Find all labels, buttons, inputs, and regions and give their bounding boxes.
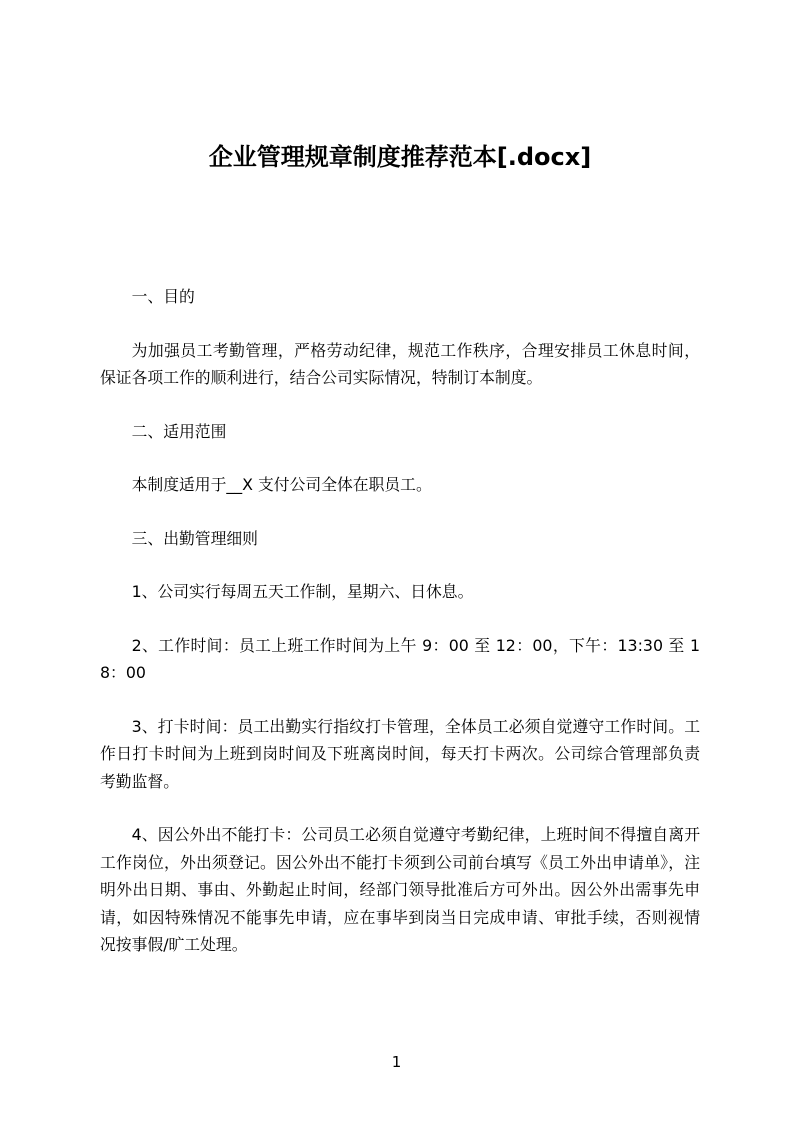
section-heading-attendance-rules: 三、出勤管理细则: [100, 525, 700, 553]
paragraph-scope-body: 本制度适用于__X 支付公司全体在职员工。: [100, 471, 700, 499]
paragraph-rule-3-clock-in-time: 3、打卡时间：员工出勤实行指纹打卡管理，全体员工必须自觉遵守工作时间。工作日打卡…: [100, 713, 700, 796]
document-page: 企业管理规章制度推荐范本[.docx] 一、目的 为加强员工考勤管理，严格劳动纪…: [0, 0, 793, 1122]
page-number: 1: [0, 1048, 793, 1076]
paragraph-rule-2-working-hours: 2、工作时间：员工上班工作时间为上午 9：00 至 12：00，下午：13:30…: [100, 632, 700, 687]
paragraph-rule-4-business-outings: 4、因公外出不能打卡：公司员工必须自觉遵守考勤纪律，上班时间不得擅自离开工作岗位…: [100, 821, 700, 959]
section-heading-purpose: 一、目的: [100, 283, 700, 311]
paragraph-purpose-body: 为加强员工考勤管理，严格劳动纪律，规范工作秩序，合理安排员工休息时间，保证各项工…: [100, 337, 700, 392]
section-heading-scope: 二、适用范围: [100, 418, 700, 446]
document-title: 企业管理规章制度推荐范本[.docx]: [100, 140, 700, 174]
paragraph-rule-1-workweek: 1、公司实行每周五天工作制，星期六、日休息。: [100, 578, 700, 606]
